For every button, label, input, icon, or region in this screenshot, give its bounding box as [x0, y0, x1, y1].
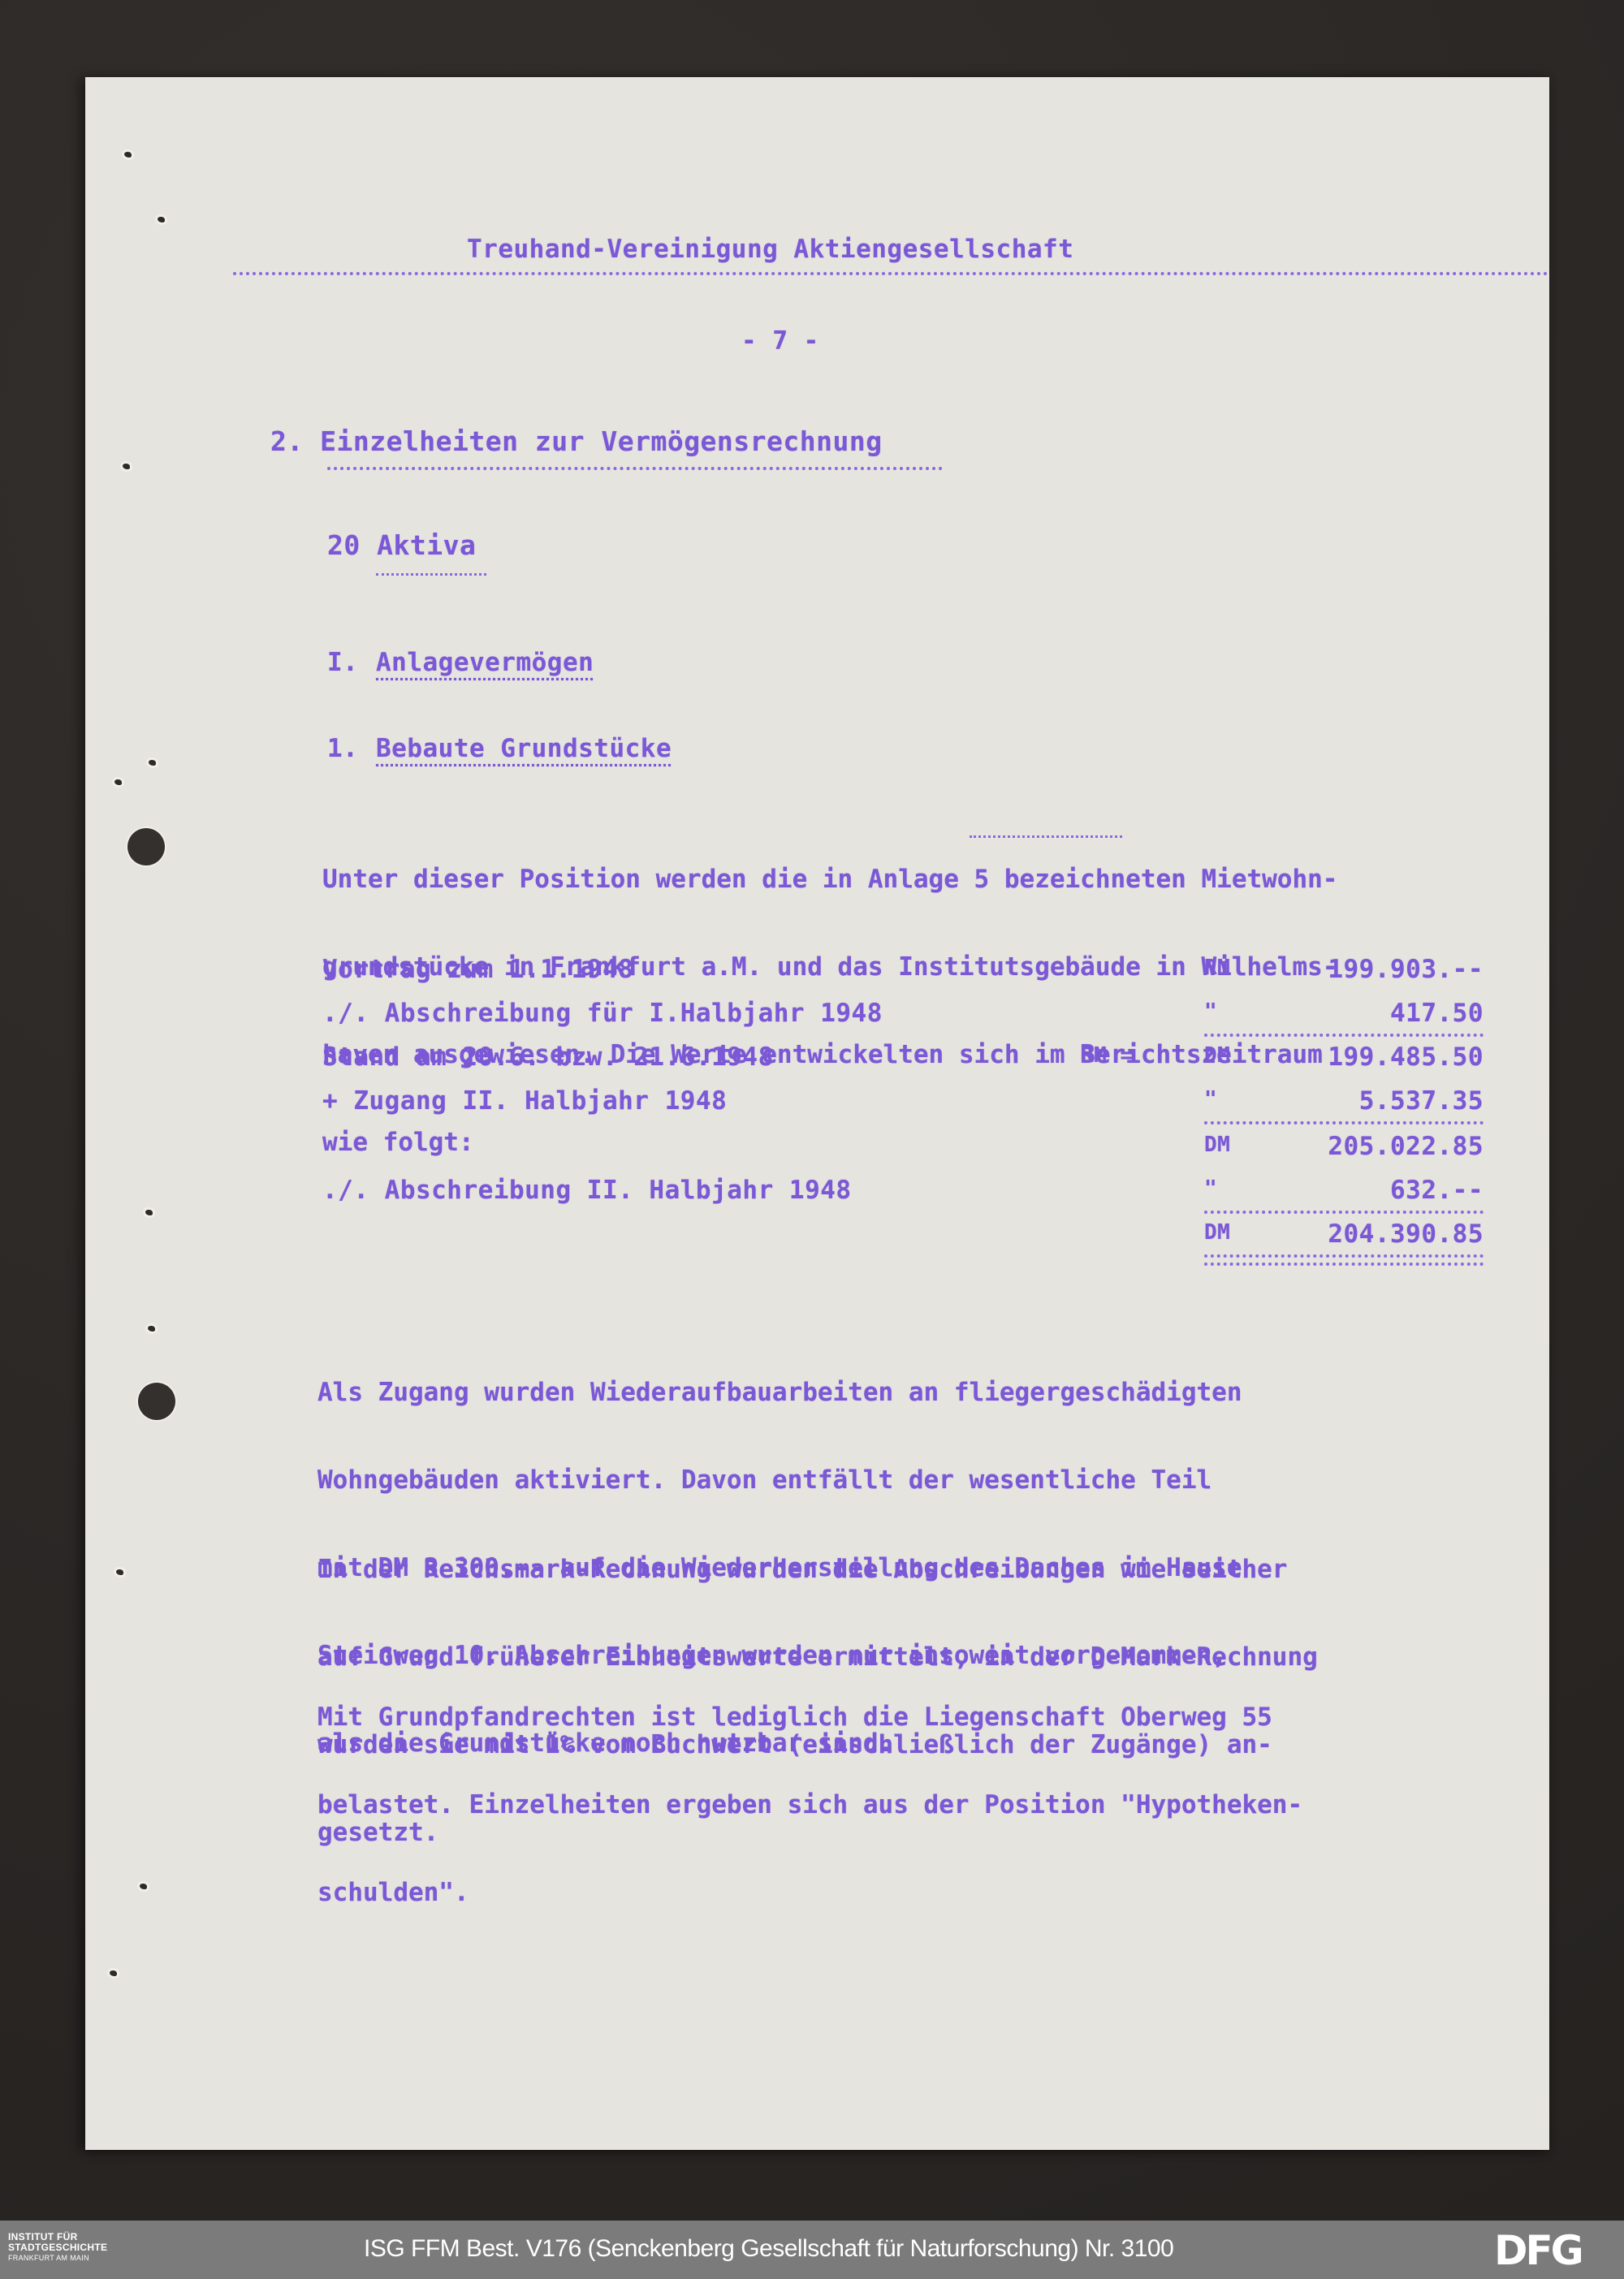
staple-hole-icon [123, 464, 130, 469]
institution-logo: INSTITUT FÜR STADTGESCHICHTE FRANKFURT A… [8, 2232, 107, 2264]
item-heading-number: 1. [327, 736, 358, 762]
subheading-underline [376, 573, 486, 576]
institution-city: FRANKFURT AM MAIN [8, 2253, 107, 2264]
paragraph-line: Mit Grundpfandrechten ist lediglich die … [317, 1703, 1302, 1732]
ledger-conversion: RM = [1081, 1045, 1134, 1066]
intro-line: wie folgt: [322, 1128, 1337, 1157]
ledger-label: ./. Abschreibung II. Halbjahr 1948 [322, 1178, 852, 1203]
ledger-currency: RM [1204, 957, 1230, 978]
archive-signature: ISG FFM Best. V176 (Senckenberg Gesellsc… [364, 2235, 1173, 2263]
staple-hole-icon [158, 217, 165, 222]
staple-hole-icon [145, 1210, 153, 1215]
item-heading: Bebaute Grundstücke [376, 736, 672, 762]
part-heading-number: I. [327, 650, 358, 675]
intro-line: Unter dieser Position werden die in Anla… [322, 865, 1337, 894]
letterhead: Treuhand-Vereinigung Aktiengesellschaft [467, 237, 1073, 262]
section-heading: 2. Einzelheiten zur Vermögensrechnung [270, 428, 883, 455]
staple-hole-icon [116, 1569, 123, 1575]
ledger-currency: " [1204, 1089, 1217, 1110]
ledger-amount: 199.903.-- [1246, 957, 1484, 982]
ledger-amount: 5.537.35 [1246, 1089, 1484, 1114]
paragraph-line: Als Zugang wurden Wiederaufbauarbeiten a… [317, 1378, 1242, 1407]
paragraph-line: Wohngebäuden aktiviert. Davon entfällt d… [317, 1465, 1242, 1495]
ledger-amount: 417.50 [1246, 1001, 1484, 1026]
institution-name-line: STADTGESCHICHTE [8, 2242, 107, 2253]
ledger-currency: DM [1204, 1045, 1230, 1066]
ledger-amount: 204.390.85 [1246, 1222, 1484, 1247]
section-heading-underline [327, 467, 943, 470]
anlage-link-underline [970, 835, 1122, 838]
staple-hole-icon [124, 152, 132, 158]
page-number: - 7 - [741, 329, 819, 354]
staple-hole-icon [148, 1326, 155, 1332]
staple-hole-icon [114, 779, 122, 785]
ledger-underline [1204, 1034, 1484, 1037]
ledger-label: Vortrag zum 1.1.1948 [322, 957, 633, 982]
ledger-amount: 199.485.50 [1246, 1045, 1484, 1070]
ledger-label: Stand am 20.6. bzw. 21.6.1948 [322, 1045, 774, 1070]
punch-hole-icon [127, 828, 165, 865]
ledger-currency: " [1204, 1001, 1217, 1022]
staple-hole-icon [149, 760, 156, 766]
punch-hole-icon [138, 1383, 175, 1420]
ledger-currency: " [1204, 1178, 1217, 1199]
ledger-underline [1204, 1211, 1484, 1214]
ledger-amount: 632.-- [1246, 1178, 1484, 1203]
ledger-underline [1204, 1254, 1484, 1258]
subheading: 20 Aktiva [327, 532, 476, 559]
paragraph-mortgages: Mit Grundpfandrechten ist lediglich die … [317, 1644, 1302, 1966]
archive-footer: INSTITUT FÜR STADTGESCHICHTE FRANKFURT A… [0, 2221, 1624, 2279]
paragraph-line: In der Reichsmark-Rechnung wurden die Ab… [317, 1555, 1318, 1584]
staple-hole-icon [140, 1884, 147, 1889]
ledger-amount: 205.022.85 [1246, 1134, 1484, 1159]
staple-hole-icon [110, 1970, 117, 1976]
ledger-double-underline [1204, 1263, 1484, 1266]
dfg-logo: DFG [1494, 2227, 1582, 2274]
letterhead-divider [233, 272, 1548, 275]
ledger-label: + Zugang II. Halbjahr 1948 [322, 1089, 727, 1114]
ledger-underline [1204, 1121, 1484, 1124]
ledger-currency: DM [1204, 1134, 1230, 1155]
paragraph-line: belastet. Einzelheiten ergeben sich aus … [317, 1790, 1302, 1819]
document-page: Treuhand-Vereinigung Aktiengesellschaft … [85, 77, 1549, 2150]
ledger-currency: DM [1204, 1222, 1230, 1243]
part-heading: Anlagevermögen [376, 650, 594, 675]
ledger-label: ./. Abschreibung für I.Halbjahr 1948 [322, 1001, 883, 1026]
paragraph-line: schulden". [317, 1878, 1302, 1907]
